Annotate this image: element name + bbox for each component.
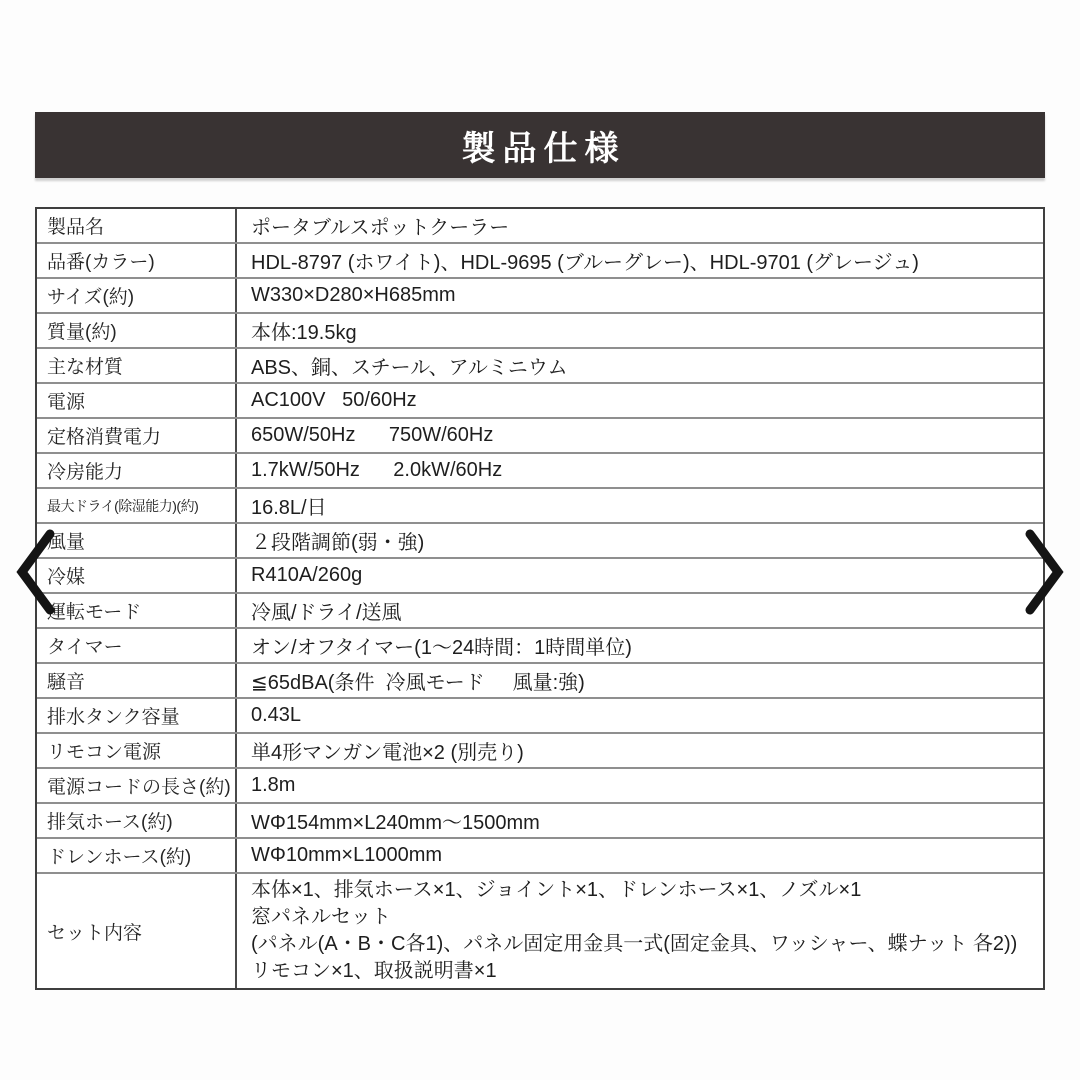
- spec-label: 製品名: [37, 209, 237, 242]
- table-row: 冷媒 R410A/260g: [37, 557, 1043, 592]
- table-row: 主な材質 ABS、銅、スチール、アルミニウム: [37, 347, 1043, 382]
- table-row: 運転モード 冷風/ドライ/送風: [37, 592, 1043, 627]
- spec-label: 運転モード: [37, 594, 237, 627]
- spec-value: 冷風/ドライ/送風: [237, 594, 1043, 627]
- spec-label: 質量(約): [37, 314, 237, 347]
- table-row: ドレンホース(約) WΦ10mm×L1000mm: [37, 837, 1043, 872]
- spec-table: 製品名 ポータブルスポットクーラー 品番(カラー) HDL-8797 (ホワイト…: [35, 207, 1045, 990]
- spec-label: 主な材質: [37, 349, 237, 382]
- spec-label: 電源: [37, 384, 237, 417]
- spec-value: AC100V 50/60Hz: [237, 384, 1043, 417]
- chevron-left-icon: [12, 604, 58, 619]
- chevron-right-icon: [1022, 604, 1068, 619]
- spec-value: W330×D280×H685mm: [237, 279, 1043, 312]
- spec-label: 排水タンク容量: [37, 699, 237, 732]
- set-contents-line: 窓パネルセット: [251, 904, 391, 931]
- spec-label: 品番(カラー): [37, 244, 237, 277]
- table-row: 品番(カラー) HDL-8797 (ホワイト)、HDL-9695 (ブルーグレー…: [37, 242, 1043, 277]
- spec-label: 冷媒: [37, 559, 237, 592]
- table-row: 電源 AC100V 50/60Hz: [37, 382, 1043, 417]
- spec-label: 最大ドライ(除湿能力)(約): [37, 489, 237, 522]
- set-contents-line: リモコン×1、取扱説明書×1: [251, 958, 497, 985]
- spec-value: WΦ154mm×L240mm〜1500mm: [237, 804, 1043, 837]
- spec-value: ２段階調節(弱・強): [237, 524, 1043, 557]
- spec-value: ABS、銅、スチール、アルミニウム: [237, 349, 1043, 382]
- spec-value: 本体:19.5kg: [237, 314, 1043, 347]
- table-row: サイズ(約) W330×D280×H685mm: [37, 277, 1043, 312]
- spec-value: WΦ10mm×L1000mm: [237, 839, 1043, 872]
- table-row: 最大ドライ(除湿能力)(約) 16.8L/日: [37, 487, 1043, 522]
- table-row: 定格消費電力 650W/50Hz 750W/60Hz: [37, 417, 1043, 452]
- spec-value: 1.8m: [237, 769, 1043, 802]
- spec-label: リモコン電源: [37, 734, 237, 767]
- spec-label: 冷房能力: [37, 454, 237, 487]
- spec-label: セット内容: [37, 874, 237, 988]
- spec-label: 定格消費電力: [37, 419, 237, 452]
- table-row: 騒音 ≦65dBA(条件 冷風モード 風量:強): [37, 662, 1043, 697]
- spec-value: 16.8L/日: [237, 489, 1043, 522]
- table-row: 電源コードの長さ(約) 1.8m: [37, 767, 1043, 802]
- spec-label: タイマー: [37, 629, 237, 662]
- carousel-next-button[interactable]: [1022, 528, 1068, 616]
- spec-header-bar: 製品仕様: [35, 112, 1045, 178]
- set-contents-line: 本体×1、排気ホース×1、ジョイント×1、ドレンホース×1、ノズル×1: [251, 877, 861, 904]
- spec-label: サイズ(約): [37, 279, 237, 312]
- spec-value: ≦65dBA(条件 冷風モード 風量:強): [237, 664, 1043, 697]
- spec-label: ドレンホース(約): [37, 839, 237, 872]
- page-title: 製品仕様: [455, 121, 626, 170]
- spec-value: 本体×1、排気ホース×1、ジョイント×1、ドレンホース×1、ノズル×1 窓パネル…: [237, 874, 1043, 988]
- spec-value: 650W/50Hz 750W/60Hz: [237, 419, 1043, 452]
- set-contents-line: (パネル(A・B・C各1)、パネル固定用金具一式(固定金具、ワッシャー、蝶ナット…: [251, 931, 1017, 958]
- table-row-set-contents: セット内容 本体×1、排気ホース×1、ジョイント×1、ドレンホース×1、ノズル×…: [37, 872, 1043, 988]
- spec-value: R410A/260g: [237, 559, 1043, 592]
- spec-label: 電源コードの長さ(約): [37, 769, 237, 802]
- table-row: 質量(約) 本体:19.5kg: [37, 312, 1043, 347]
- table-row: 冷房能力 1.7kW/50Hz 2.0kW/60Hz: [37, 452, 1043, 487]
- table-row: 製品名 ポータブルスポットクーラー: [37, 209, 1043, 242]
- spec-label: 排気ホース(約): [37, 804, 237, 837]
- table-row: 排水タンク容量 0.43L: [37, 697, 1043, 732]
- spec-value: 単4形マンガン電池×2 (別売り): [237, 734, 1043, 767]
- spec-value: 1.7kW/50Hz 2.0kW/60Hz: [237, 454, 1043, 487]
- carousel-prev-button[interactable]: [12, 528, 58, 616]
- table-row: 排気ホース(約) WΦ154mm×L240mm〜1500mm: [37, 802, 1043, 837]
- spec-label: 風量: [37, 524, 237, 557]
- table-row: タイマー オン/オフタイマー(1〜24時間：1時間単位): [37, 627, 1043, 662]
- spec-label: 騒音: [37, 664, 237, 697]
- spec-value: ポータブルスポットクーラー: [237, 209, 1043, 242]
- spec-value: 0.43L: [237, 699, 1043, 732]
- table-row: リモコン電源 単4形マンガン電池×2 (別売り): [37, 732, 1043, 767]
- spec-value: HDL-8797 (ホワイト)、HDL-9695 (ブルーグレー)、HDL-97…: [237, 244, 1043, 277]
- spec-value: オン/オフタイマー(1〜24時間：1時間単位): [237, 629, 1043, 662]
- table-row: 風量 ２段階調節(弱・強): [37, 522, 1043, 557]
